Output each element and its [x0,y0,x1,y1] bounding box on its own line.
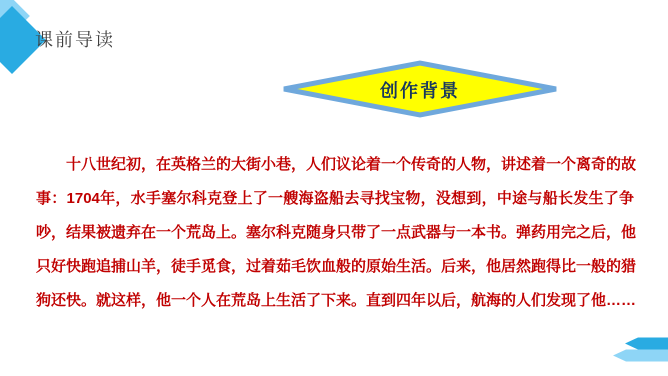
corner-arrows [608,336,668,364]
corner-arrow-light-icon [613,350,668,362]
page-title: 课前导读 [35,26,115,52]
slide-canvas: 课前导读 创作背景 十八世纪初，在英格兰的大街小巷，人们议论着一个传奇的人物，讲… [0,0,668,376]
paragraph-line: 事：1704年，水手塞尔科克登上了一艘海盗船去寻找宝物，没想到，中途与船长发生了… [36,182,634,216]
paragraph-line: 只好快跑追捕山羊，徒手觅食，过着茹毛饮血般的原始生活。后来，他居然跑得比一般的猎 [36,250,634,284]
section-diamond: 创作背景 [281,60,559,118]
paragraph-line: 吵，结果被遗弃在一个荒岛上。塞尔科克随身只带了一点武器与一本书。弹药用完之后，他 [36,216,634,250]
section-title: 创作背景 [281,60,559,118]
body-text: 十八世纪初，在英格兰的大街小巷，人们议论着一个传奇的人物，讲述着一个离奇的故 事… [36,148,634,318]
paragraph-line: 狗还快。就这样，他一个人在荒岛上生活了下来。直到四年以后，航海的人们发现了他…… [36,284,634,318]
paragraph-line: 十八世纪初，在英格兰的大街小巷，人们议论着一个传奇的人物，讲述着一个离奇的故 [36,148,634,182]
corner-arrow-icons [608,336,668,364]
corner-arrow-dark-icon [625,338,668,350]
